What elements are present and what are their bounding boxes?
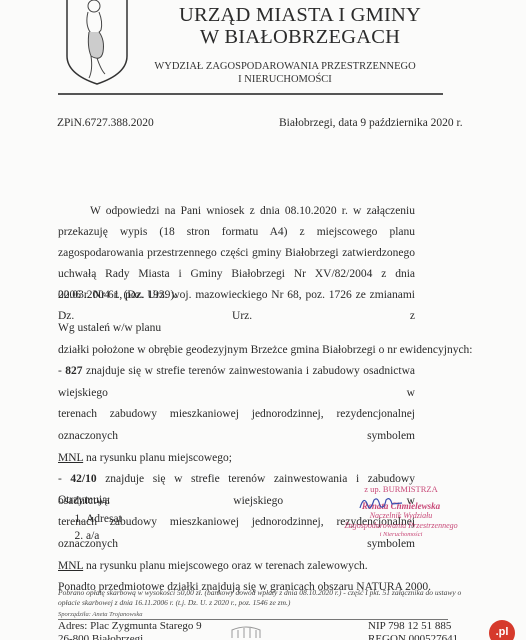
office-title-line1: URZĄD MIASTA I GMINY — [150, 4, 450, 27]
mermaid-coat-of-arms-icon — [63, 0, 131, 86]
place-date: Białobrzegi, data 9 października 2020 r. — [279, 117, 463, 129]
recipient-item: Adresat — [86, 511, 122, 528]
regon-number: REGON 000527641 — [368, 633, 458, 640]
fee-note: Pobrano opłatę skarbową w wysokości 50,0… — [58, 588, 478, 608]
parcel-item: - 827 znajduje się w strefie terenów zai… — [58, 361, 415, 404]
recipient-item: a/a — [86, 528, 122, 545]
recipients-label: Otrzymują: — [58, 492, 122, 509]
address-line-1: Adres: Plac Zygmunta Starego 9 — [58, 620, 202, 632]
building-logo-icon — [230, 626, 262, 638]
paragraph-1: W odpowiedzi na Pani wniosek z dnia 08.1… — [58, 201, 415, 327]
recipients: Otrzymują: Adresat a/a — [58, 492, 122, 545]
nip-number: NIP 798 12 51 885 — [368, 620, 451, 632]
handwritten-signature-icon — [356, 492, 406, 514]
plan-findings: Wg ustaleń w/w planu działki położone w … — [58, 318, 415, 599]
office-title-line2: W BIAŁOBRZEGACH — [150, 26, 450, 49]
findings-intro: Wg ustaleń w/w planu — [58, 318, 415, 340]
prepared-by: Sporządziła: Aneta Trojanowska — [58, 611, 143, 618]
parcels-intro: działki położone w obrębie geodezyjnym B… — [58, 340, 415, 362]
header-divider — [58, 93, 443, 95]
paragraph-1-end: 2006 r. Nr 61, poz. 1939). — [58, 285, 415, 307]
reference-number: ZPiN.6727.388.2020 — [57, 117, 154, 129]
address-line-2: 26-800 Białobrzegi — [58, 633, 143, 640]
pl-domain-badge-icon: .pl — [489, 620, 515, 640]
department-name: WYDZIAŁ ZAGOSPODAROWANIA PRZESTRZENNEGO … — [150, 60, 420, 86]
